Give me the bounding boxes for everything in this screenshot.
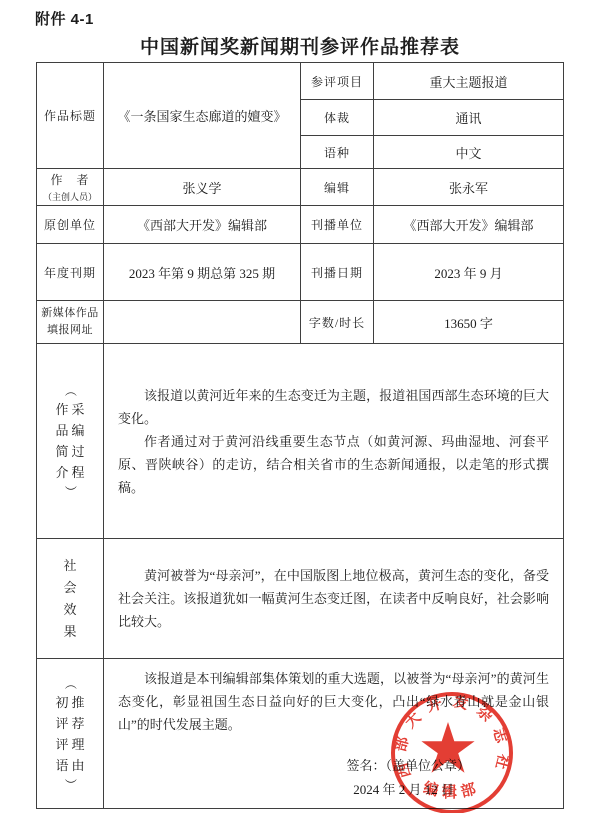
- new-media-url-label: 新媒体作品 填报网址: [37, 301, 104, 344]
- table-row: 作 者 （主创人员） 张义学 编辑 张永军: [37, 169, 564, 206]
- table-row: 社 会 效 果 黄河被誉为“母亲河”，在中国版图上地位极高，黄河生态的变化，备受…: [37, 539, 564, 659]
- recommendation-label-line: 评荐: [52, 713, 87, 734]
- social-effect-content: 黄河被誉为“母亲河”，在中国版图上地位极高，黄河生态的变化，备受社会关注。该报道…: [104, 539, 564, 659]
- recommendation-form-table: 作品标题 《一条国家生态廊道的嬗变》 参评项目 重大主题报道 体裁 通讯 语种 …: [36, 62, 564, 809]
- new-media-url-value: [104, 301, 301, 344]
- document-page: { "page": { "attachment_label": "附件 4-1"…: [0, 0, 600, 813]
- language-value: 中文: [374, 136, 564, 169]
- editor-label: 编辑: [301, 169, 374, 206]
- entry-category-label: 参评项目: [301, 63, 374, 100]
- publish-unit-value: 《西部大开发》编辑部: [374, 206, 564, 244]
- summary-label-line: 作采: [52, 399, 87, 420]
- new-media-url-label-line2: 填报网址: [47, 324, 93, 336]
- summary-label-line: 介程: [52, 462, 87, 483]
- work-title-value: 《一条国家生态廊道的嬗变》: [104, 63, 301, 169]
- page-title: 中国新闻奖新闻期刊参评作品推荐表: [0, 32, 600, 59]
- attachment-label: 附件 4-1: [35, 8, 94, 29]
- recommendation-label-line: 初推: [52, 692, 87, 713]
- recommendation-label-line: 语由: [52, 755, 87, 776]
- word-count-label: 字数/时长: [301, 301, 374, 344]
- original-unit-label: 原创单位: [37, 206, 104, 244]
- original-unit-value: 《西部大开发》编辑部: [104, 206, 301, 244]
- word-count-value: 13650 字: [374, 301, 564, 344]
- signature-date: 2024 年 2 月 12 日: [118, 778, 549, 802]
- social-effect-paragraph: 黄河被誉为“母亲河”，在中国版图上地位极高，黄河生态的变化，备受社会关注。该报道…: [118, 564, 549, 633]
- table-row: （ 初推 评荐 评理 语由 ） 该报道是本刊编辑部集体策划的重大选题，以被誉为“…: [37, 659, 564, 809]
- work-title-label: 作品标题: [37, 63, 104, 169]
- recommendation-paren-open: （: [64, 677, 75, 689]
- author-label-sub: （主创人员）: [41, 190, 99, 203]
- signature-line: 签名：（盖单位公章）: [118, 754, 549, 778]
- summary-paren-close: ）: [64, 485, 75, 497]
- author-value: 张义学: [104, 169, 301, 206]
- recommendation-paren-close: ）: [64, 778, 75, 790]
- table-row: 原创单位 《西部大开发》编辑部 刊播单位 《西部大开发》编辑部: [37, 206, 564, 244]
- author-label: 作 者 （主创人员）: [37, 169, 104, 206]
- table-row: （ 作采 品编 简过 介程 ） 该报道以黄河近年来的生态变迁为主题，报道祖国西部…: [37, 344, 564, 539]
- summary-content: 该报道以黄河近年来的生态变迁为主题，报道祖国西部生态环境的巨大变化。 作者通过对…: [104, 344, 564, 539]
- social-effect-label-char: 效: [63, 599, 76, 621]
- summary-paragraph: 该报道以黄河近年来的生态变迁为主题，报道祖国西部生态环境的巨大变化。: [118, 384, 549, 430]
- annual-issue-label: 年度刊期: [37, 244, 104, 301]
- recommendation-label: （ 初推 评荐 评理 语由 ）: [37, 659, 104, 809]
- summary-label-line: 简过: [52, 441, 87, 462]
- summary-paren-open: （: [64, 384, 75, 396]
- publish-date-value: 2023 年 9 月: [374, 244, 564, 301]
- genre-value: 通讯: [374, 100, 564, 136]
- social-effect-label-char: 果: [63, 621, 76, 643]
- new-media-url-label-line1: 新媒体作品: [41, 307, 99, 319]
- editor-value: 张永军: [374, 169, 564, 206]
- table-row: 作品标题 《一条国家生态廊道的嬗变》 参评项目 重大主题报道: [37, 63, 564, 100]
- summary-label: （ 作采 品编 简过 介程 ）: [37, 344, 104, 539]
- author-label-main: 作 者: [50, 173, 89, 187]
- table-row: 年度刊期 2023 年第 9 期总第 325 期 刊播日期 2023 年 9 月: [37, 244, 564, 301]
- language-label: 语种: [301, 136, 374, 169]
- recommendation-paragraph: 该报道是本刊编辑部集体策划的重大选题，以被誉为“母亲河”的黄河生态变化，彰显祖国…: [118, 667, 549, 736]
- publish-unit-label: 刊播单位: [301, 206, 374, 244]
- annual-issue-value: 2023 年第 9 期总第 325 期: [104, 244, 301, 301]
- signature-block: 签名：（盖单位公章） 2024 年 2 月 12 日: [118, 754, 549, 802]
- summary-paragraph: 作者通过对于黄河沿线重要生态节点（如黄河源、玛曲湿地、河套平原、晋陕峡谷）的走访…: [118, 430, 549, 499]
- publish-date-label: 刊播日期: [301, 244, 374, 301]
- recommendation-content: 该报道是本刊编辑部集体策划的重大选题，以被誉为“母亲河”的黄河生态变化，彰显祖国…: [104, 659, 564, 809]
- entry-category-value: 重大主题报道: [374, 63, 564, 100]
- genre-label: 体裁: [301, 100, 374, 136]
- table-row: 新媒体作品 填报网址 字数/时长 13650 字: [37, 301, 564, 344]
- social-effect-label-char: 会: [63, 577, 76, 599]
- recommendation-label-line: 评理: [52, 734, 87, 755]
- social-effect-label: 社 会 效 果: [37, 539, 104, 659]
- summary-label-line: 品编: [52, 420, 87, 441]
- social-effect-label-char: 社: [63, 555, 76, 577]
